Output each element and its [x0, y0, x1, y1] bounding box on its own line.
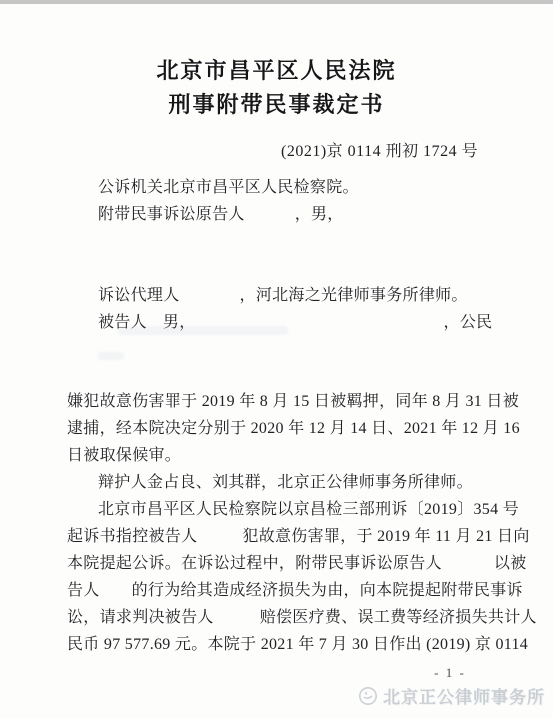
- law-firm-name: 北京正公律师事务所: [383, 683, 545, 708]
- case-number: (2021)京 0114 刑初 1724 号: [281, 138, 478, 161]
- redacted-name-gap: [180, 299, 240, 300]
- law-firm-watermark: 北京正公律师事务所: [358, 683, 545, 708]
- redacted-name-gap: [245, 218, 295, 219]
- prosecution-organ-line: 公诉机关北京市昌平区人民检察院。: [67, 174, 507, 201]
- civil-plaintiff-line: 附带民事诉讼原告人，男，: [67, 201, 507, 228]
- redacted-name-gap: [100, 594, 132, 595]
- scanned-court-document: 北京市昌平区人民法院 刑事附带民事裁定书 (2021)京 0114 刑初 172…: [0, 0, 553, 718]
- document-body: 公诉机关北京市昌平区人民检察院。 附带民事诉讼原告人，男， 诉讼代理人，河北海之…: [67, 174, 507, 658]
- detention-line-3: 日被取保候审。: [67, 442, 507, 469]
- scan-edge-artifact: [0, 0, 553, 4]
- scan-bleedthrough-artifact: [118, 326, 288, 335]
- indictment-line-4: 告人的行为给其造成经济损失为由，向本院提起附带民事诉: [67, 577, 507, 604]
- indictment-line-1: 北京市昌平区人民检察院以京昌检三部刑诉〔2019〕354 号: [67, 496, 507, 523]
- scan-bleedthrough-artifact: [98, 352, 124, 360]
- document-title: 刑事附带民事裁定书: [0, 88, 553, 122]
- litigation-agent-line: 诉讼代理人，河北海之光律师事务所律师。: [67, 282, 507, 309]
- indictment-line-6: 民币 97 577.69 元。本院于 2021 年 7 月 30 日作出 (20…: [67, 631, 507, 658]
- redacted-block-gap: [67, 336, 507, 388]
- redacted-name-gap: [197, 540, 242, 541]
- court-name: 北京市昌平区人民法院: [0, 54, 553, 88]
- redacted-name-gap: [442, 567, 494, 568]
- indictment-line-3: 本院提起公诉。在诉讼过程中，附带民事诉讼原告人以被: [67, 550, 507, 577]
- document-header: 北京市昌平区人民法院 刑事附带民事裁定书: [0, 54, 553, 122]
- law-firm-logo-icon: [358, 686, 378, 706]
- detention-line-1: 嫌犯故意伤害罪于 2019 年 8 月 15 日被羁押，同年 8 月 31 日被: [67, 388, 507, 415]
- redacted-block-gap: [67, 228, 507, 282]
- page-number: - 1 -: [420, 665, 480, 681]
- detention-line-2: 逮捕，经本院决定分别于 2020 年 12 月 14 日、2021 年 12 月…: [67, 415, 507, 442]
- defenders-line: 辩护人金占良、刘其群，北京正公律师事务所律师。: [67, 469, 507, 496]
- redacted-name-gap: [214, 621, 260, 622]
- indictment-line-5: 讼，请求判决被告人赔偿医疗费、误工费等经济损失共计人: [67, 604, 507, 631]
- indictment-line-2: 起诉书指控被告人犯故意伤害罪，于 2019 年 11 月 21 日向: [67, 523, 507, 550]
